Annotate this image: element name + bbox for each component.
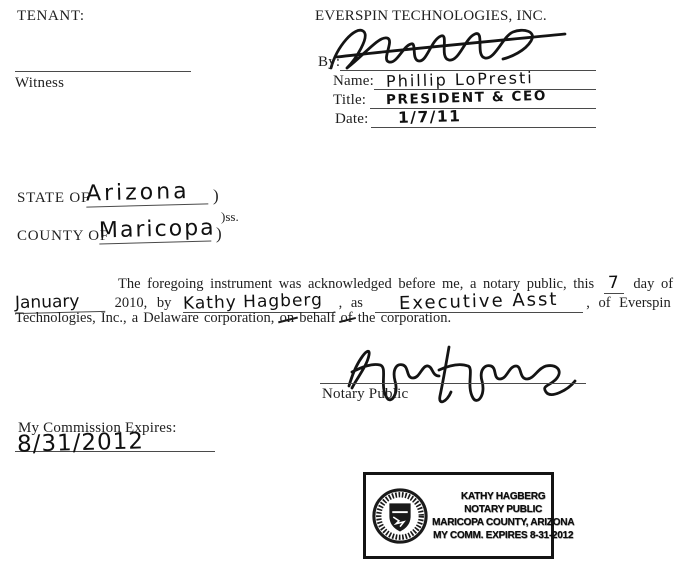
tenant-label: TENANT: [17,8,85,25]
state-handwritten: Arizona [86,178,209,207]
ss-label: )ss. [221,209,239,225]
commission-date-handwritten: 8/31/2012 [17,428,145,457]
ack-line3-a: Technologies, Inc., a Delaware corporati… [15,310,274,326]
name-handwritten: Phillip LoPresti [386,68,534,91]
stamp-expires: MY COMM. EXPIRES 8-31-2012 [432,529,574,542]
by-signature-line [340,54,596,71]
struck-word-of: of [341,310,353,327]
ack-line3: Technologies, Inc., a Delaware corporati… [15,310,451,327]
notary-public-label: Notary Public [322,386,408,403]
date-handwritten: 1/7/11 [398,107,462,127]
county-handwritten: Maricopa [99,216,212,245]
stamp-name: KATHY HAGBERG [432,490,574,503]
date-label: Date: [335,111,368,128]
witness-label: Witness [15,75,64,92]
name-label: Name: [333,73,374,90]
county-paren: ) [216,224,222,244]
notary-signature-line [320,368,586,384]
ack-line1-post: day of [633,276,673,292]
ack-line2-a: 2010, by [115,295,172,311]
stamp-title: NOTARY PUBLIC [432,503,574,516]
by-label: By: [318,54,340,71]
ack-line3-b: behalf [299,310,335,326]
notary-stamp: KATHY HAGBERG NOTARY PUBLIC MARICOPA COU… [363,472,554,559]
title-label: Title: [333,92,366,109]
county-label: COUNTY OF [17,228,109,245]
state-label: STATE OF [17,190,90,207]
ack-line2-b: , as [339,295,363,311]
arizona-state-seal-icon [371,487,429,545]
state-paren: ) [213,186,219,206]
struck-word-on: on [280,310,295,327]
ack-line3-c: the corporation. [358,310,451,326]
ack-line2-c: , of Everspin [586,295,671,311]
document-page: TENANT: EVERSPIN TECHNOLOGIES, INC. By: … [0,0,679,573]
witness-line [15,56,191,72]
stamp-county: MARICOPA COUNTY, ARIZONA [432,516,574,529]
